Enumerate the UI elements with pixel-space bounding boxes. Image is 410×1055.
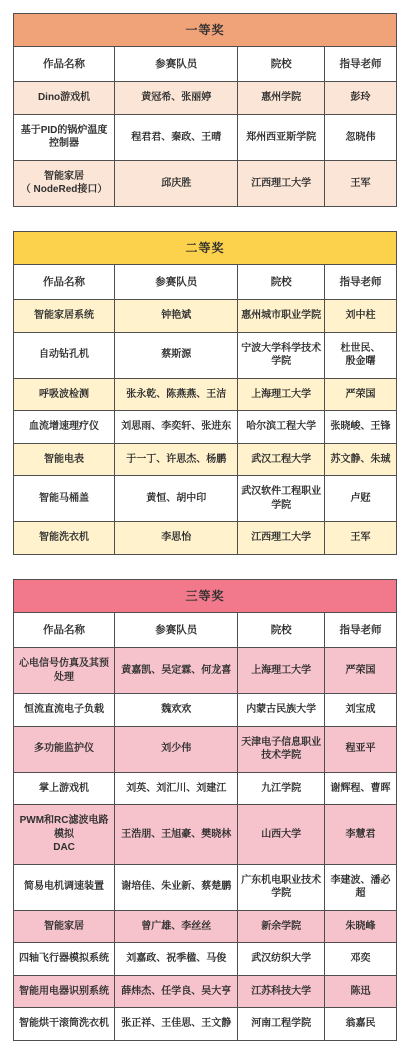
table-cell: 程君君、秦政、王晴 [115,114,238,160]
table-cell: 朱晓峰 [324,910,396,943]
table-cell: 智能马桶盖 [14,476,115,522]
table-cell: 新余学院 [238,910,325,943]
table-cell: 王浩朋、王旭豪、樊晓林 [115,805,238,865]
table-title-row: 二等奖 [14,231,397,264]
table-row: 智能家居 （ NodeRed接口）邱庆胜江西理工大学王军 [14,160,397,206]
table-cell: 心电信号仿真及其预 处理 [14,648,115,694]
table-cell: 武汉工程大学 [238,443,325,476]
column-header: 指导老师 [324,612,396,647]
column-header: 院校 [238,265,325,300]
column-header: 指导老师 [324,47,396,82]
table-cell: 惠州城市职业学院 [238,300,325,333]
table-cell: 河南工程学院 [238,1008,325,1041]
table-cell: 武汉软件工程职业 学院 [238,476,325,522]
table-cell: 薛炜杰、任学良、吴大亨 [115,975,238,1008]
table-cell: 血流增速理疗仪 [14,411,115,444]
table-cell: 刘思雨、李奕轩、张进东 [115,411,238,444]
table-row: PWM和RC滤波电路模拟 DAC王浩朋、王旭豪、樊晓林山西大学李慧君 [14,805,397,865]
table-cell: 程亚平 [324,726,396,772]
column-header: 作品名称 [14,47,115,82]
table-cell: 彭玲 [324,82,396,115]
table-cell: 上海理工大学 [238,648,325,694]
table-title-first-prize: 一等奖 [14,14,397,47]
table-cell: 刘嘉政、祝季楹、马俊 [115,943,238,976]
table-cell: 武汉纺织大学 [238,943,325,976]
table-cell: 智能家居 （ NodeRed接口） [14,160,115,206]
table-cell: 王军 [324,522,396,555]
column-header: 参赛队员 [115,265,238,300]
table-row: 基于PID的锅炉温度 控制器程君君、秦政、王晴郑州西亚斯学院忽晓伟 [14,114,397,160]
table-row: 智能用电器识别系统薛炜杰、任学良、吴大亨江苏科技大学陈迅 [14,975,397,1008]
table-cell: 宁波大学科学技术 学院 [238,332,325,378]
table-cell: 智能洗衣机 [14,522,115,555]
table-cell: 江西理工大学 [238,160,325,206]
column-header: 指导老师 [324,265,396,300]
table-row: 心电信号仿真及其预 处理黄嘉凯、吴定霖、何龙喜上海理工大学严荣国 [14,648,397,694]
table-cell: 多功能监护仪 [14,726,115,772]
table-cell: 山西大学 [238,805,325,865]
table-cell: 于一丁、许思杰、杨鹏 [115,443,238,476]
table-cell: 张正祥、王佳思、王文静 [115,1008,238,1041]
table-row: 智能烘干滚筒洗衣机张正祥、王佳思、王文静河南工程学院翁嘉民 [14,1008,397,1041]
column-header: 作品名称 [14,265,115,300]
table-cell: 苏文静、朱珹 [324,443,396,476]
table-cell: 刘中柱 [324,300,396,333]
award-table-third-prize: 三等奖作品名称参赛队员院校指导老师心电信号仿真及其预 处理黄嘉凯、吴定霖、何龙喜… [13,579,397,1041]
table-cell: 上海理工大学 [238,378,325,411]
table-cell: 魏欢欢 [115,694,238,727]
table-cell: 智能烘干滚筒洗衣机 [14,1008,115,1041]
table-cell: 蔡斯源 [115,332,238,378]
column-header: 参赛队员 [115,612,238,647]
table-cell: PWM和RC滤波电路模拟 DAC [14,805,115,865]
table-cell: 内蒙古民族大学 [238,694,325,727]
table-cell: 智能用电器识别系统 [14,975,115,1008]
table-cell: 谢培佳、朱业新、蔡楚鹏 [115,864,238,910]
table-cell: 自动钻孔机 [14,332,115,378]
table-cell: 卢觃 [324,476,396,522]
table-cell: 江苏科技大学 [238,975,325,1008]
table-title-row: 一等奖 [14,14,397,47]
table-cell: 张晓峻、王锋 [324,411,396,444]
award-tables-container: 一等奖作品名称参赛队员院校指导老师Dino游戏机黄冠希、张丽婷惠州学院彭玲基于P… [0,0,410,1055]
table-cell: 邓奕 [324,943,396,976]
table-row: 多功能监护仪刘少伟天津电子信息职业 技术学院程亚平 [14,726,397,772]
table-cell: 基于PID的锅炉温度 控制器 [14,114,115,160]
table-cell: 智能家居系统 [14,300,115,333]
table-cell: 四轴飞行器模拟系统 [14,943,115,976]
table-cell: 忽晓伟 [324,114,396,160]
table-cell: 恒流直流电子负载 [14,694,115,727]
table-header-row: 作品名称参赛队员院校指导老师 [14,612,397,647]
table-cell: 哈尔滨工程大学 [238,411,325,444]
table-cell: 刘英、刘汇川、刘建江 [115,772,238,805]
table-cell: 陈迅 [324,975,396,1008]
table-cell: 江西理工大学 [238,522,325,555]
table-row: 四轴飞行器模拟系统刘嘉政、祝季楹、马俊武汉纺织大学邓奕 [14,943,397,976]
table-cell: 李慧君 [324,805,396,865]
table-row: 简易电机调速装置谢培佳、朱业新、蔡楚鹏广东机电职业技术 学院李建波、潘必超 [14,864,397,910]
table-header-row: 作品名称参赛队员院校指导老师 [14,265,397,300]
table-cell: 杜世民、 殷金曙 [324,332,396,378]
table-row: 智能马桶盖黄恒、胡中印武汉软件工程职业 学院卢觃 [14,476,397,522]
table-cell: 郑州西亚斯学院 [238,114,325,160]
table-cell: 广东机电职业技术 学院 [238,864,325,910]
table-cell: 智能电表 [14,443,115,476]
table-cell: 天津电子信息职业 技术学院 [238,726,325,772]
table-cell: 黄恒、胡中印 [115,476,238,522]
table-cell: 简易电机调速装置 [14,864,115,910]
table-cell: 刘宝成 [324,694,396,727]
column-header: 作品名称 [14,612,115,647]
table-cell: 谢辉程、曹晖 [324,772,396,805]
column-header: 院校 [238,47,325,82]
table-row: Dino游戏机黄冠希、张丽婷惠州学院彭玲 [14,82,397,115]
table-cell: Dino游戏机 [14,82,115,115]
award-table-first-prize: 一等奖作品名称参赛队员院校指导老师Dino游戏机黄冠希、张丽婷惠州学院彭玲基于P… [13,13,397,207]
table-cell: 严荣国 [324,648,396,694]
table-row: 智能洗衣机李思怡江西理工大学王军 [14,522,397,555]
table-cell: 九江学院 [238,772,325,805]
table-cell: 黄嘉凯、吴定霖、何龙喜 [115,648,238,694]
table-cell: 惠州学院 [238,82,325,115]
table-cell: 掌上游戏机 [14,772,115,805]
table-cell: 钟艳斌 [115,300,238,333]
column-header: 参赛队员 [115,47,238,82]
table-cell: 李思怡 [115,522,238,555]
table-cell: 刘少伟 [115,726,238,772]
column-header: 院校 [238,612,325,647]
table-row: 呼吸波检测张永乾、陈燕燕、王洁上海理工大学严荣国 [14,378,397,411]
table-row: 掌上游戏机刘英、刘汇川、刘建江九江学院谢辉程、曹晖 [14,772,397,805]
table-cell: 李建波、潘必超 [324,864,396,910]
table-cell: 翁嘉民 [324,1008,396,1041]
table-row: 恒流直流电子负载魏欢欢内蒙古民族大学刘宝成 [14,694,397,727]
table-cell: 曾广雄、李丝丝 [115,910,238,943]
table-row: 智能电表于一丁、许思杰、杨鹏武汉工程大学苏文静、朱珹 [14,443,397,476]
table-header-row: 作品名称参赛队员院校指导老师 [14,47,397,82]
table-title-third-prize: 三等奖 [14,579,397,612]
table-cell: 黄冠希、张丽婷 [115,82,238,115]
table-row: 血流增速理疗仪刘思雨、李奕轩、张进东哈尔滨工程大学张晓峻、王锋 [14,411,397,444]
table-title-row: 三等奖 [14,579,397,612]
table-row: 智能家居曾广雄、李丝丝新余学院朱晓峰 [14,910,397,943]
table-cell: 张永乾、陈燕燕、王洁 [115,378,238,411]
table-cell: 严荣国 [324,378,396,411]
table-row: 智能家居系统钟艳斌惠州城市职业学院刘中柱 [14,300,397,333]
award-table-second-prize: 二等奖作品名称参赛队员院校指导老师智能家居系统钟艳斌惠州城市职业学院刘中柱自动钻… [13,231,397,555]
table-cell: 邱庆胜 [115,160,238,206]
table-cell: 智能家居 [14,910,115,943]
table-cell: 呼吸波检测 [14,378,115,411]
table-cell: 王军 [324,160,396,206]
table-title-second-prize: 二等奖 [14,231,397,264]
table-row: 自动钻孔机蔡斯源宁波大学科学技术 学院杜世民、 殷金曙 [14,332,397,378]
